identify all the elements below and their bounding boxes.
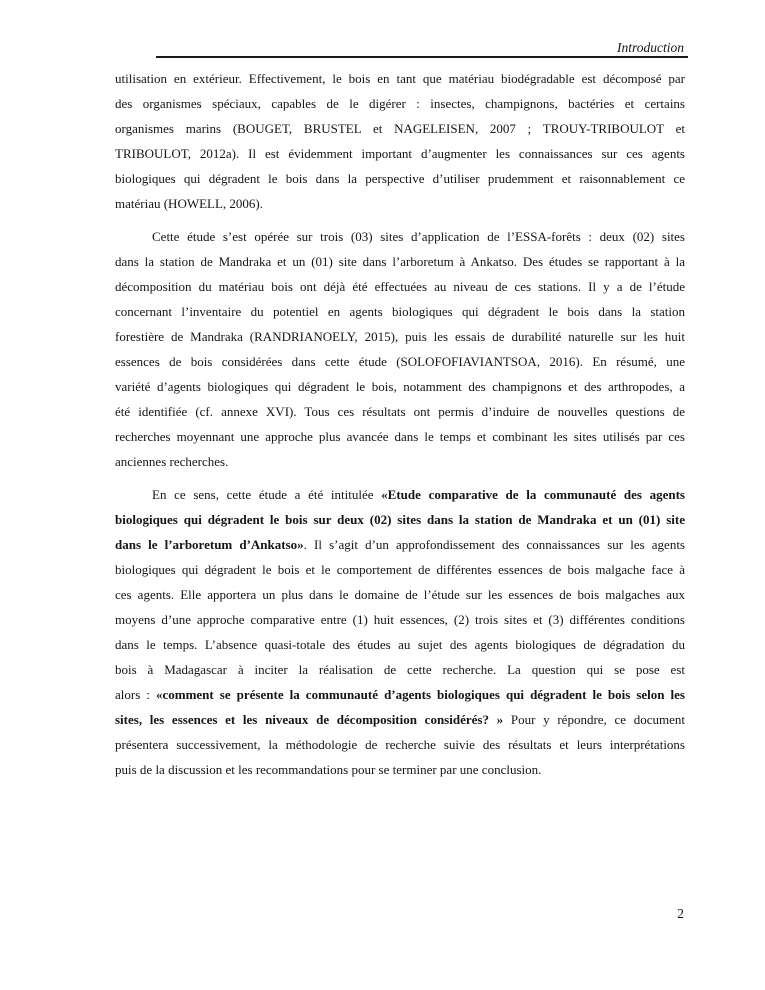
text-run: puis de la discussion et les recommandat…	[115, 762, 541, 777]
text-run: recherches moyennant une approche plus a…	[115, 429, 685, 444]
text-run: utilisation en extérieur. Effectivement,…	[115, 71, 685, 86]
text-run: alors :	[115, 687, 156, 702]
text-run: variété d’agents biologiques qui dégrade…	[115, 379, 685, 394]
text-run: été identifiée (cf. annexe XVI). Tous ce…	[115, 404, 685, 419]
text-line: présentera successivement, la méthodolog…	[115, 732, 685, 757]
text-run: biologiques qui dégradent le bois et le …	[115, 562, 685, 577]
text-line: des organismes spéciaux, capables de le …	[115, 91, 685, 116]
text-line: concernant l’inventaire du potentiel en …	[115, 299, 685, 324]
text-run: . Il s’agit d’un approfondissement des c…	[304, 537, 685, 552]
page-header-title: Introduction	[617, 40, 684, 56]
text-run: dans le l’arboretum d’Ankatso»	[115, 537, 304, 552]
text-line: recherches moyennant une approche plus a…	[115, 424, 685, 449]
document-body: utilisation en extérieur. Effectivement,…	[115, 66, 685, 782]
text-line: bois à Madagascar à inciter la réalisati…	[115, 657, 685, 682]
text-run: bois à Madagascar à inciter la réalisati…	[115, 662, 685, 677]
text-run: anciennes recherches.	[115, 454, 228, 469]
text-line: dans le l’arboretum d’Ankatso». Il s’agi…	[115, 532, 685, 557]
text-line: utilisation en extérieur. Effectivement,…	[115, 66, 685, 91]
text-line: essences de bois considérées dans cette …	[115, 349, 685, 374]
text-line: été identifiée (cf. annexe XVI). Tous ce…	[115, 399, 685, 424]
text-line: ces agents. Elle apportera un plus dans …	[115, 582, 685, 607]
text-line: organismes marins (BOUGET, BRUSTEL et NA…	[115, 116, 685, 141]
text-run: moyens d’une approche comparative entre …	[115, 612, 685, 627]
page-number: 2	[677, 906, 684, 922]
text-line: dans le temps. L’absence quasi-totale de…	[115, 632, 685, 657]
text-run: ces agents. Elle apportera un plus dans …	[115, 587, 685, 602]
text-line: biologiques qui dégradent le bois et le …	[115, 557, 685, 582]
text-run: En ce sens, cette étude a été intitulée	[152, 487, 381, 502]
text-run: Pour y répondre, ce document	[503, 712, 685, 727]
text-line: En ce sens, cette étude a été intitulée …	[115, 482, 685, 507]
text-run: sites, les essences et les niveaux de dé…	[115, 712, 503, 727]
text-run: dans la station de Mandraka et un (01) s…	[115, 254, 685, 269]
text-line: variété d’agents biologiques qui dégrade…	[115, 374, 685, 399]
text-line: TRIBOULOT, 2012a). Il est évidemment imp…	[115, 141, 685, 166]
text-line: biologiques qui dégradent le bois dans l…	[115, 166, 685, 191]
text-run: «comment se présente la communauté d’age…	[156, 687, 685, 702]
document-page: Introduction utilisation en extérieur. E…	[0, 0, 765, 990]
text-line: forestière de Mandraka (RANDRIANOELY, 20…	[115, 324, 685, 349]
text-line: biologiques qui dégradent le bois sur de…	[115, 507, 685, 532]
text-run: forestière de Mandraka (RANDRIANOELY, 20…	[115, 329, 685, 344]
text-line: sites, les essences et les niveaux de dé…	[115, 707, 685, 732]
text-run: «Etude comparative de la communauté des …	[381, 487, 685, 502]
text-run: décomposition du matériau bois ont déjà …	[115, 279, 685, 294]
text-run: dans le temps. L’absence quasi-totale de…	[115, 637, 685, 652]
text-line: Cette étude s’est opérée sur trois (03) …	[115, 224, 685, 249]
text-line: alors : «comment se présente la communau…	[115, 682, 685, 707]
text-run: biologiques qui dégradent le bois dans l…	[115, 171, 685, 186]
text-run: essences de bois considérées dans cette …	[115, 354, 685, 369]
paragraph: En ce sens, cette étude a été intitulée …	[115, 482, 685, 782]
text-line: puis de la discussion et les recommandat…	[115, 757, 685, 782]
text-line: moyens d’une approche comparative entre …	[115, 607, 685, 632]
text-run: présentera successivement, la méthodolog…	[115, 737, 685, 752]
text-line: décomposition du matériau bois ont déjà …	[115, 274, 685, 299]
text-run: TRIBOULOT, 2012a). Il est évidemment imp…	[115, 146, 685, 161]
text-run: des organismes spéciaux, capables de le …	[115, 96, 685, 111]
text-run: Cette étude s’est opérée sur trois (03) …	[152, 229, 685, 244]
text-run: biologiques qui dégradent le bois sur de…	[115, 512, 685, 527]
text-run: matériau (HOWELL, 2006).	[115, 196, 263, 211]
paragraph: utilisation en extérieur. Effectivement,…	[115, 66, 685, 216]
text-line: matériau (HOWELL, 2006).	[115, 191, 685, 216]
text-line: dans la station de Mandraka et un (01) s…	[115, 249, 685, 274]
paragraph: Cette étude s’est opérée sur trois (03) …	[115, 224, 685, 474]
text-line: anciennes recherches.	[115, 449, 685, 474]
header-rule	[156, 56, 688, 58]
text-run: concernant l’inventaire du potentiel en …	[115, 304, 685, 319]
text-run: organismes marins (BOUGET, BRUSTEL et NA…	[115, 121, 685, 136]
